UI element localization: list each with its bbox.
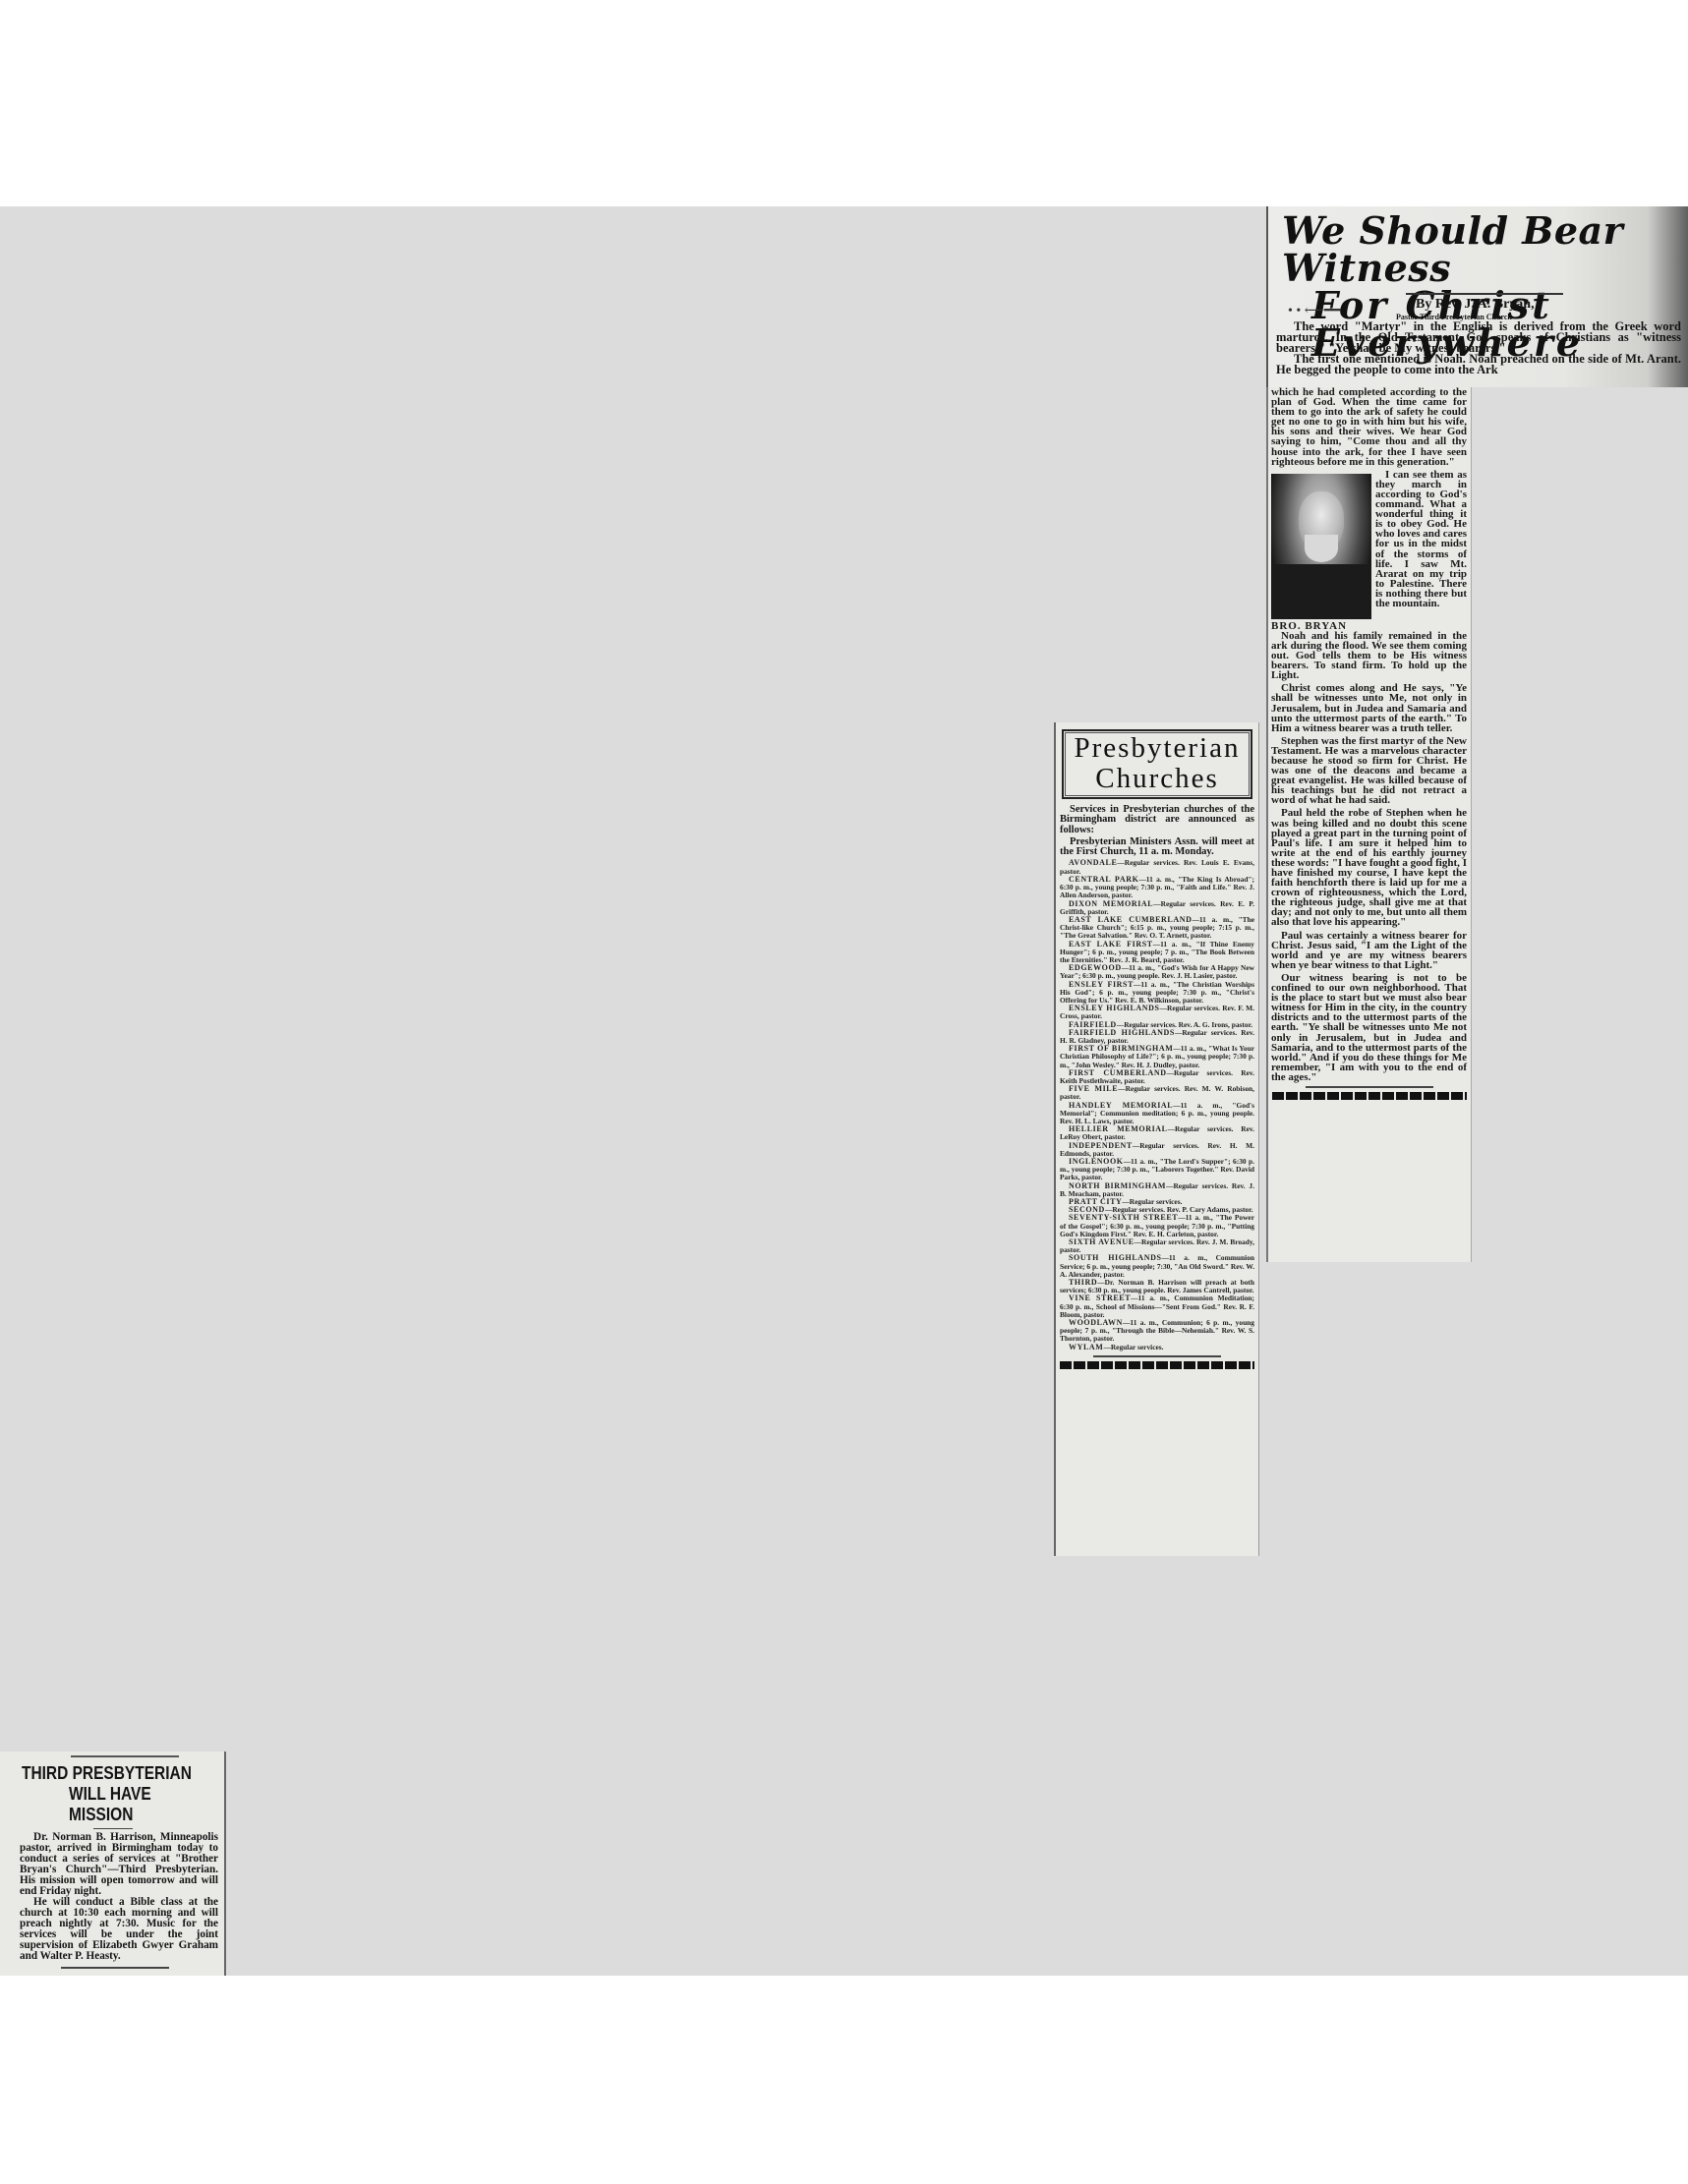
cut-off-next-headline [1060, 1361, 1254, 1369]
cut-off-next-headline [1272, 1092, 1467, 1100]
headline-rule [1406, 293, 1563, 295]
body-paragraph: Our witness bearing is not to be confine… [1271, 973, 1467, 1082]
church-listing: SEVENTY-SIXTH STREET—11 a. m., "The Powe… [1060, 1214, 1254, 1238]
church-listing: WYLAM—Regular services. [1060, 1344, 1254, 1351]
church-listing: EAST LAKE FIRST—11 a. m., "If Thine Enem… [1060, 941, 1254, 965]
church-listing: THIRD—Dr. Norman B. Harrison will preach… [1060, 1279, 1254, 1294]
body-paragraph: which he had completed according to the … [1271, 387, 1467, 467]
byline: By Rev. J. A. Bryan, [1416, 297, 1535, 313]
church-listing: SOUTH HIGHLANDS—11 a. m., Communion Serv… [1060, 1254, 1254, 1279]
church-listing: ENSLEY FIRST—11 a. m., "The Christian Wo… [1060, 981, 1254, 1006]
church-listing: CENTRAL PARK—11 a. m., "The King Is Abro… [1060, 876, 1254, 900]
body-paragraph: Paul held the robe of Stephen when he wa… [1271, 808, 1467, 927]
top-rule [71, 1755, 179, 1757]
third-headline-line-2: WILL HAVE MISSION [69, 1784, 203, 1825]
presbyterian-churches-column: Presbyterian Churches Services in Presby… [1054, 722, 1259, 1556]
body-paragraph: Christ comes along and He says, "Ye shal… [1271, 683, 1467, 732]
church-listing: HELLIER MEMORIAL—Regular services. Rev. … [1060, 1125, 1254, 1141]
churches-title-line-1: Presbyterian [1064, 733, 1251, 764]
third-presbyterian-clipping: THIRD PRESBYTERIAN WILL HAVE MISSION Dr.… [0, 1752, 226, 1976]
churches-title-box: Presbyterian Churches [1062, 729, 1252, 799]
third-paragraph: He will conduct a Bible class at the chu… [20, 1897, 218, 1962]
church-listings: AVONDALE—Regular services. Rev. Louis E.… [1056, 859, 1258, 1351]
flourish-ornament-icon: • • ⟵━━ [1288, 303, 1341, 319]
church-listing: ENSLEY HIGHLANDS—Regular services. Rev. … [1060, 1005, 1254, 1020]
churches-title-line-2: Churches [1064, 764, 1251, 794]
church-listing: INDEPENDENT—Regular services. Rev. H. M.… [1060, 1142, 1254, 1158]
portrait-beard [1305, 535, 1338, 562]
church-listing: FIRST CUMBERLAND—Regular services. Rev. … [1060, 1069, 1254, 1085]
church-listing: EDGEWOOD—11 a. m., "God's Wish for A Hap… [1060, 964, 1254, 980]
church-listing: DIXON MEMORIAL—Regular services. Rev. E.… [1060, 900, 1254, 916]
church-listing: SIXTH AVENUE—Regular services. Rev. J. M… [1060, 1238, 1254, 1254]
ministers-note: Presbyterian Ministers Assn. will meet a… [1060, 837, 1254, 858]
church-listing: NORTH BIRMINGHAM—Regular services. Rev. … [1060, 1182, 1254, 1198]
article-body-column: which he had completed according to the … [1266, 387, 1472, 1262]
portrait-coat [1271, 564, 1371, 619]
church-name: WYLAM [1069, 1343, 1103, 1351]
church-listing: VINE STREET—11 a. m., Communion Meditati… [1060, 1294, 1254, 1319]
third-paragraph: Dr. Norman B. Harrison, Minneapolis past… [20, 1832, 218, 1897]
end-rule [1093, 1355, 1221, 1357]
body-paragraph: Stephen was the first martyr of the New … [1271, 736, 1467, 806]
body-paragraph: Paul was certainly a witness bearer for … [1271, 931, 1467, 970]
bottom-rule [61, 1967, 169, 1969]
church-listing: INGLENOOK—11 a. m., "The Lord's Supper";… [1060, 1158, 1254, 1182]
church-listing: WOODLAWN—11 a. m., Communion; 6 p. m., y… [1060, 1319, 1254, 1344]
article-header-clipping: We Should Bear Witness For Christ Everyw… [1266, 206, 1688, 387]
body-paragraph: Noah and his family remained in the ark … [1271, 631, 1467, 680]
lead-paragraph: The word "Martyr" in the English is deri… [1276, 321, 1681, 354]
church-listing: HANDLEY MEMORIAL—11 a. m., "God's Memori… [1060, 1102, 1254, 1126]
church-listing: FIRST OF BIRMINGHAM—11 a. m., "What Is Y… [1060, 1045, 1254, 1069]
church-listing: FIVE MILE—Regular services. Rev. M. W. R… [1060, 1085, 1254, 1101]
end-rule [1306, 1086, 1433, 1088]
church-listing: EAST LAKE CUMBERLAND—11 a. m., "The Chri… [1060, 916, 1254, 941]
third-headline-line-1: THIRD PRESBYTERIAN [22, 1763, 196, 1784]
churches-intro: Services in Presbyterian churches of the… [1060, 805, 1254, 835]
portrait-photo [1271, 474, 1371, 619]
lead-paragraph: The first one mentioned is Noah. Noah pr… [1276, 354, 1681, 375]
headline-line-1: We Should Bear Witness [1282, 208, 1623, 290]
headline-rule [93, 1828, 133, 1829]
church-listing: AVONDALE—Regular services. Rev. Louis E.… [1060, 859, 1254, 875]
article-lead: The word "Martyr" in the English is deri… [1276, 321, 1681, 375]
church-listing: FAIRFIELD HIGHLANDS—Regular services. Re… [1060, 1029, 1254, 1045]
